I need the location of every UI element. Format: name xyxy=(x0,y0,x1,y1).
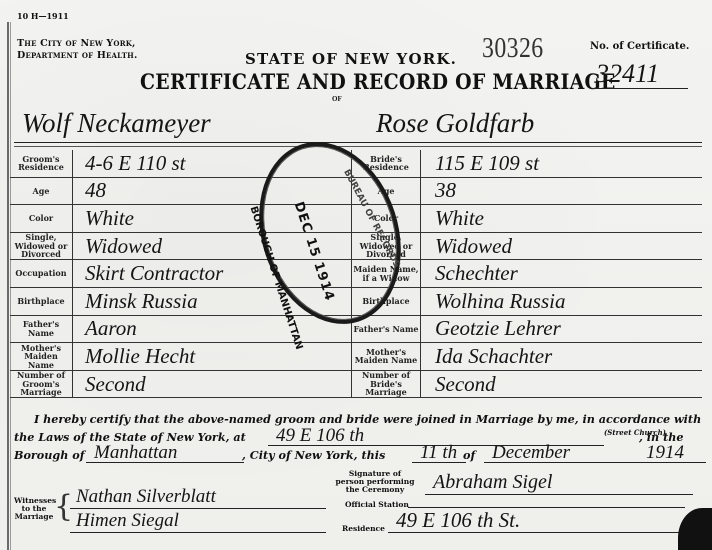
bride-field-value: Second xyxy=(421,370,703,398)
witness-1: Nathan Silverblatt xyxy=(70,486,326,509)
groom-field-label: Groom's Residence xyxy=(10,150,73,177)
state-heading: STATE OF NEW YORK. xyxy=(245,50,457,68)
groom-field-label: Color xyxy=(10,205,73,233)
bride-field-value: White xyxy=(421,205,703,233)
residence-label: Residence xyxy=(342,524,385,533)
table-row: Mother's Maiden Name Mollie Hecht Mother… xyxy=(10,343,702,371)
groom-field-label: Single, Widowed or Divorced xyxy=(10,232,73,260)
couple-names-line: Wolf Neckameyer Rose Goldfarb xyxy=(14,108,700,144)
ceremony-year: 1914 xyxy=(638,444,706,463)
stamped-number: 30326 xyxy=(482,33,544,65)
signature-label: Signature of person performing the Cerem… xyxy=(335,470,415,494)
bride-name: Rose Goldfarb xyxy=(376,108,534,139)
of-text: of xyxy=(463,446,475,464)
left-border-rule xyxy=(7,22,9,550)
marriage-certificate-page: 10 H—1911 The City of New York, Departme… xyxy=(0,0,712,550)
bride-field-label: Number of Bride's Marriage xyxy=(352,370,421,398)
groom-field-label: Age xyxy=(10,177,73,205)
bride-field-value: Geotzie Lehrer xyxy=(421,315,703,343)
groom-name: Wolf Neckameyer xyxy=(22,108,211,139)
witnesses-label: Witnesses to the Marriage xyxy=(14,497,54,521)
groom-field-value: Mollie Hecht xyxy=(73,343,352,371)
certificate-number-value: 32411 xyxy=(592,60,688,89)
groom-field-label: Number of Groom's Marriage xyxy=(10,370,73,398)
official-station-value xyxy=(408,498,685,508)
bride-field-value: Schechter xyxy=(421,260,703,288)
certification-line-1: I hereby certify that the above-named gr… xyxy=(34,410,701,428)
groom-field-label: Occupation xyxy=(10,260,73,288)
bride-field-value: Ida Schachter xyxy=(421,343,703,371)
department-line-2: Department of Health. xyxy=(17,50,137,62)
borough-value: Manhattan xyxy=(86,444,244,463)
department-line-1: The City of New York, xyxy=(17,38,137,50)
table-row: Number of Groom's Marriage Second Number… xyxy=(10,370,702,398)
certificate-number-label: No. of Certificate. xyxy=(590,41,689,52)
certificate-title: CERTIFICATE AND RECORD OF MARRIAGE xyxy=(140,69,616,94)
witness-2: Himen Siegal xyxy=(70,510,326,533)
ceremony-day: 11 th xyxy=(412,444,466,463)
names-rule-secondary xyxy=(14,146,702,147)
groom-field-label: Mother's Maiden Name xyxy=(10,343,73,371)
groom-field-value: Aaron xyxy=(73,315,352,343)
bride-field-value: Wolhina Russia xyxy=(421,287,703,315)
bride-field-value: 115 E 109 st xyxy=(421,150,703,177)
certification-line-3-prefix: Borough of xyxy=(14,446,85,464)
groom-field-label: Father's Name xyxy=(10,315,73,343)
ceremony-month: December xyxy=(484,444,640,463)
groom-field-label: Birthplace xyxy=(10,287,73,315)
groom-field-value: Second xyxy=(73,370,352,398)
bride-field-value: 38 xyxy=(421,177,703,205)
officiant-signature: Abraham Sigel xyxy=(425,470,693,495)
names-rule xyxy=(14,142,702,143)
department-heading: The City of New York, Department of Heal… xyxy=(17,38,137,62)
bride-field-label: Mother's Maiden Name xyxy=(352,343,421,371)
certification-line-3-mid: , City of New York, this xyxy=(242,446,385,464)
bride-field-value: Widowed xyxy=(421,232,703,260)
form-code: 10 H—1911 xyxy=(17,11,69,21)
officiant-residence: 49 E 106 th St. xyxy=(388,508,693,533)
of-label: OF xyxy=(332,95,342,103)
